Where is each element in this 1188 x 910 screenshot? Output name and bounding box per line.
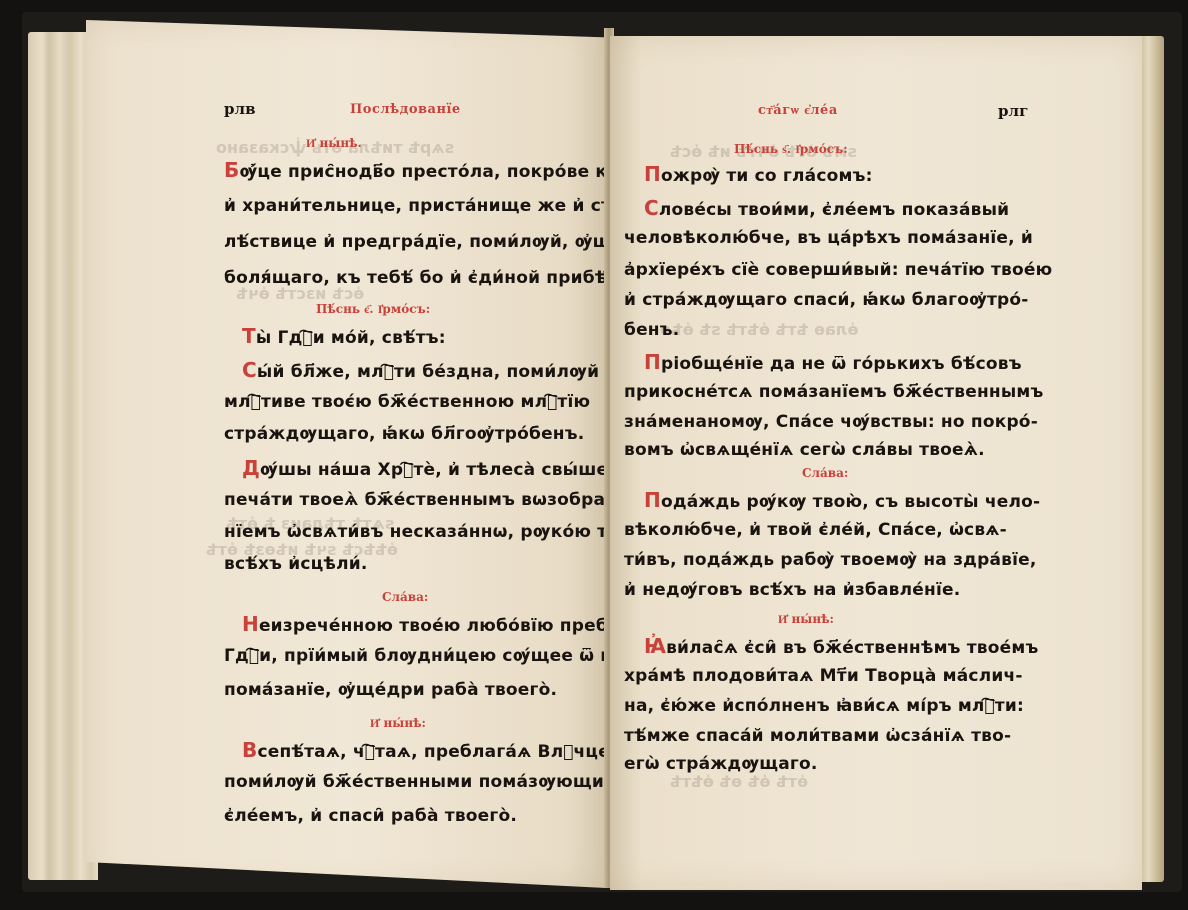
text-line: вомъ ѡ҆свѧще́нїѧ сегѡ̀ сла́вы твоеѧ̀.	[624, 440, 985, 460]
text-line: всѣ́хъ и҆сцѣли́.	[224, 554, 368, 574]
text-line: пома́занїе, ѹ҆ще́дри раба̀ твоего̀.	[224, 680, 557, 700]
left-page: ѕѧрѣ тиѣла ѳ҆ть ѱ҆сказано ѳ҆сѣ изстѣ ѳ҆ч…	[86, 20, 606, 888]
section-heading: И҆ ны́нѣ.	[306, 136, 362, 151]
text-line: вѣколю́бче, и҆ твой є҆ле́й, Спа́се, ѡ҆св…	[624, 520, 1007, 540]
folio-number: рлг	[998, 102, 1028, 120]
text-line: бенъ.	[624, 320, 679, 340]
text-line: поми́лѹй бж҃е́ственными пома́зѹющихсѧ	[224, 772, 640, 792]
text-line: и҆ стра́ждѹщаго спаси́, ꙗ҆́кѡ благоѹ҆тро…	[624, 290, 1029, 310]
text-line: нїемъ ѡ҆свѧти́въ несказа́ннѡ, рѹко́ю тво…	[224, 522, 659, 542]
text-line: и҆ недѹ́говъ всѣ́хъ на и҆збавле́нїе.	[624, 580, 960, 600]
section-heading: Сла́ва:	[382, 590, 428, 604]
text-line: а҆рхїере́хъ сїѐ соверши́вый: печа́тїю тв…	[624, 260, 1052, 280]
text-line: млⷭ҇тиве твоє́ю бж҃е́ственною млⷭ҇тїю	[224, 392, 590, 412]
folio-number: рлв	[224, 100, 256, 118]
text-line: ти́въ, пода́ждь рабѹ̀ твоемѹ̀ на здра́вї…	[624, 550, 1037, 570]
drop-initial: С	[644, 196, 659, 220]
text-line: на, є҆ю́же и҆спо́лненъ ꙗ҆ви́сѧ мі́ръ млⷭ…	[624, 696, 1024, 716]
section-heading: Пѣ́снь є҃. І҆рмо́съ:	[316, 302, 430, 317]
text-line: прикосне́тсѧ пома́занїемъ бж҃е́ственнымъ	[624, 382, 1044, 402]
text-line: печа́ти твоеѧ̀ бж҃е́ственнымъ вѡзображе-	[224, 490, 641, 510]
section-heading: Пѣ́снь ѕ҃. І҆рмо́съ:	[734, 142, 848, 157]
drop-initial: П	[644, 162, 661, 186]
text-line: Гдⷭ҇и, прїи́мый блѹдни́цею сѹ́щее ѿ мѵ́р…	[224, 646, 650, 666]
running-head: Послѣдованїе	[350, 102, 461, 117]
right-page: ѕмѣ ѳ҆тѣ ѳ҆чтѣ иѣ ѳ҆сѣ ѳ҆лаѳ ѣтѣ ѳ҆ѣтѣ ѕ…	[610, 36, 1142, 890]
drop-initial: Т	[242, 324, 256, 348]
drop-initial: Н	[242, 612, 259, 636]
text-line: Пожрѹ̀ ти со гла́сомъ:	[644, 162, 873, 186]
bleed-through-text: ѳ҆тѣ ѳ҆ѣ ѳѣ ѳ҆ѣтѣ	[670, 772, 808, 791]
drop-initial: В	[242, 738, 257, 762]
text-line: Дѹ́шы на́ша Хрⷭ҇тѐ, и҆ тѣлеса̀ свы́ше	[242, 456, 608, 480]
section-heading: Сла́ва:	[802, 466, 848, 480]
text-line: хра́мѣ плодови́таѧ Мт҃и Творца̀ ма́слич-	[624, 666, 1023, 686]
drop-initial: С	[242, 358, 257, 382]
text-line: боля́щаго, къ тебѣ́ бо и҆ є҆ди́ной прибѣ…	[224, 268, 643, 288]
drop-initial: Ꙗ҆	[644, 634, 666, 658]
text-line: Всепѣ́таѧ, чⷭ҇таѧ, преблага́ѧ Влⷣчце,	[242, 738, 617, 762]
text-line: егѡ̀ стра́ждѹщаго.	[624, 754, 818, 774]
drop-initial: П	[644, 350, 661, 374]
text-line: Ꙗ҆ви́лас̑ѧ є҆си̑ въ бж҃е́ственнѣмъ твое́…	[644, 634, 1038, 658]
text-line: тѣ́мже спаса́й моли́твами ѡ҆сза́нїѧ тво-	[624, 726, 1011, 746]
text-line: є҆ле́емъ, и҆ спаси̑ раба̀ твоего̀.	[224, 806, 517, 826]
text-line: и҆ храни́тельнице, приста́нище же и҆ стѣ…	[224, 196, 654, 216]
bleed-through-text: ѳ҆лаѳ ѣтѣ ѳ҆ѣтѣ ѕѣ ѳ҆ѣѳ	[660, 320, 858, 339]
section-heading: И҆ ны́нѣ:	[778, 612, 834, 627]
text-line: стра́ждѹщаго, ꙗ҆́кѡ бл҃гоѹ҆тро́бенъ.	[224, 424, 584, 444]
text-line: лѣ́ствице и҆ предгра́дїе, поми́лѹй, ѹ҆ще…	[224, 232, 662, 252]
text-line: Сы́й бл҃же, млⷭ҇ти бе́здна, поми́лѹй	[242, 358, 599, 382]
text-line: Слове́сы твои́ми, є҆ле́емъ показа́вый	[644, 196, 1009, 220]
drop-initial: П	[644, 488, 661, 512]
drop-initial: Б	[224, 158, 239, 182]
text-line: Ты̀ Гдⷭ҇и мо́й, свѣ́тъ:	[242, 324, 446, 348]
text-line: Пріобще́нїе да не ѿ го́рькихъ бѣ́совъ	[644, 350, 1022, 374]
text-line: зна́менаномѹ, Спа́се чѹ́вствы: но покро́…	[624, 412, 1038, 432]
running-head: ст҃а́гѡ є҆ле́а	[758, 102, 838, 118]
text-line: человѣколю́бче, въ ца́рѣхъ пома́занїе, и…	[624, 228, 1033, 248]
text-line: Неизрече́нною твое́ю любо́вїю преблг҃ї́й	[242, 612, 648, 636]
section-heading: И҆ ны́нѣ:	[370, 716, 426, 731]
text-line: Пода́ждь рѹ́кѹ твою̀, съ высоты̀ чело-	[644, 488, 1040, 512]
drop-initial: Д	[242, 456, 260, 480]
